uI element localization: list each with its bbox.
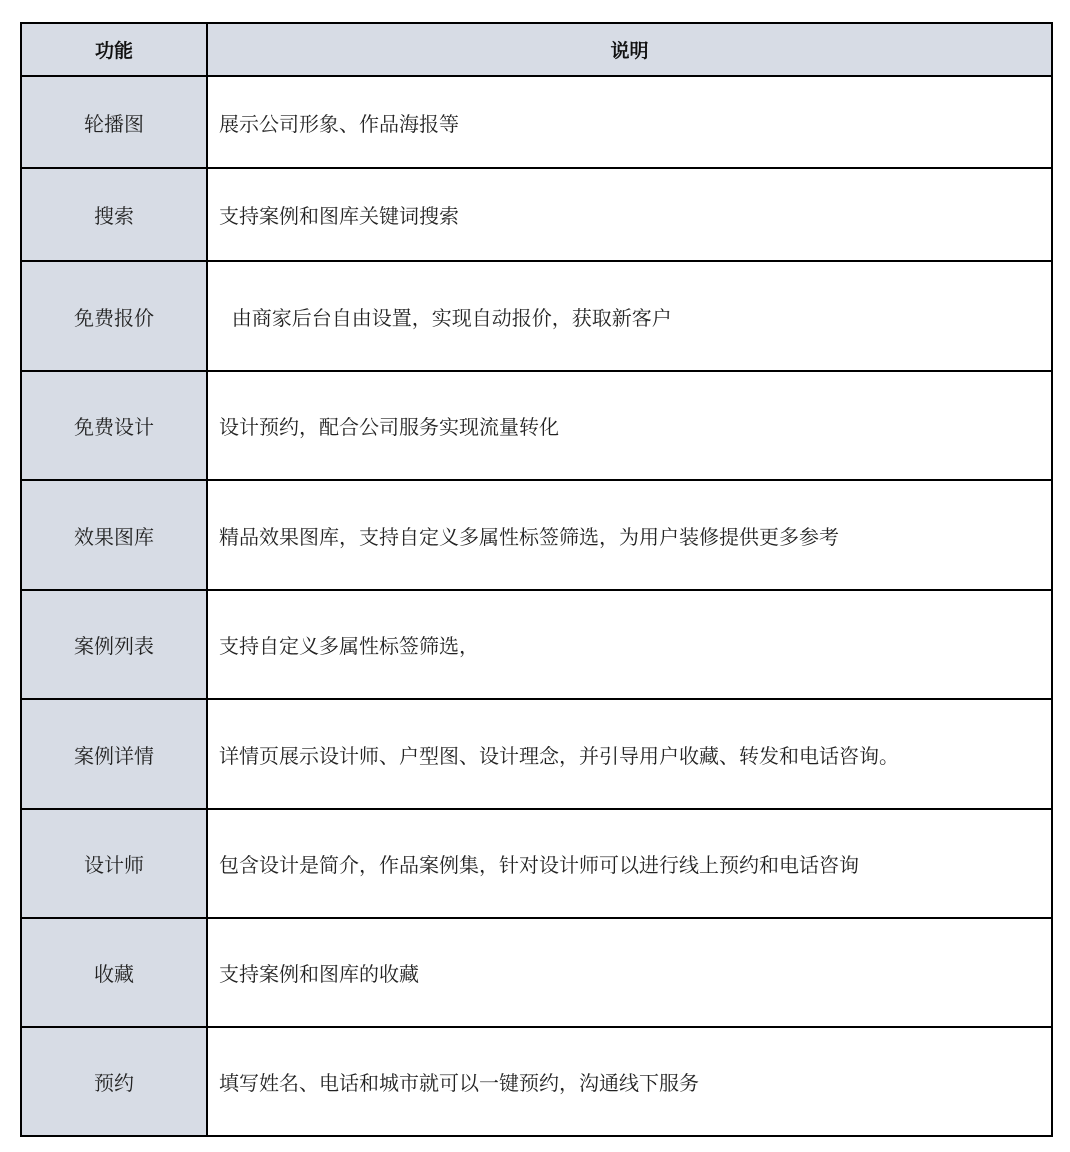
table-header-row: 功能 说明: [21, 23, 1052, 76]
feature-cell: 设计师: [21, 809, 207, 918]
feature-cell: 案例列表: [21, 590, 207, 699]
table-row: 免费设计 设计预约，配合公司服务实现流量转化: [21, 371, 1052, 480]
description-cell: 展示公司形象、作品海报等: [207, 76, 1052, 168]
table-row: 轮播图 展示公司形象、作品海报等: [21, 76, 1052, 168]
description-cell: 详情页展示设计师、户型图、设计理念，并引导用户收藏、转发和电话咨询。: [207, 699, 1052, 809]
description-cell: 支持案例和图库的收藏: [207, 918, 1052, 1027]
feature-cell: 轮播图: [21, 76, 207, 168]
table-row: 案例列表 支持自定义多属性标签筛选，: [21, 590, 1052, 699]
feature-cell: 搜索: [21, 168, 207, 261]
feature-cell: 收藏: [21, 918, 207, 1027]
table-row: 收藏 支持案例和图库的收藏: [21, 918, 1052, 1027]
table-row: 案例详情 详情页展示设计师、户型图、设计理念，并引导用户收藏、转发和电话咨询。: [21, 699, 1052, 809]
table-row: 效果图库 精品效果图库，支持自定义多属性标签筛选，为用户装修提供更多参考: [21, 480, 1052, 590]
description-cell: 精品效果图库，支持自定义多属性标签筛选，为用户装修提供更多参考: [207, 480, 1052, 590]
description-cell: 由商家后台自由设置，实现自动报价，获取新客户: [207, 261, 1052, 371]
feature-cell: 免费设计: [21, 371, 207, 480]
header-feature: 功能: [21, 23, 207, 76]
feature-cell: 效果图库: [21, 480, 207, 590]
description-cell: 设计预约，配合公司服务实现流量转化: [207, 371, 1052, 480]
header-description: 说明: [207, 23, 1052, 76]
table-row: 设计师 包含设计是简介，作品案例集，针对设计师可以进行线上预约和电话咨询: [21, 809, 1052, 918]
feature-table: 功能 说明 轮播图 展示公司形象、作品海报等 搜索 支持案例和图库关键词搜索 免…: [20, 22, 1053, 1137]
description-cell: 支持案例和图库关键词搜索: [207, 168, 1052, 261]
description-cell: 填写姓名、电话和城市就可以一键预约，沟通线下服务: [207, 1027, 1052, 1136]
table-row: 搜索 支持案例和图库关键词搜索: [21, 168, 1052, 261]
feature-cell: 案例详情: [21, 699, 207, 809]
feature-cell: 免费报价: [21, 261, 207, 371]
table-row: 预约 填写姓名、电话和城市就可以一键预约，沟通线下服务: [21, 1027, 1052, 1136]
feature-cell: 预约: [21, 1027, 207, 1136]
description-cell: 包含设计是简介，作品案例集，针对设计师可以进行线上预约和电话咨询: [207, 809, 1052, 918]
description-cell: 支持自定义多属性标签筛选，: [207, 590, 1052, 699]
table-row: 免费报价 由商家后台自由设置，实现自动报价，获取新客户: [21, 261, 1052, 371]
